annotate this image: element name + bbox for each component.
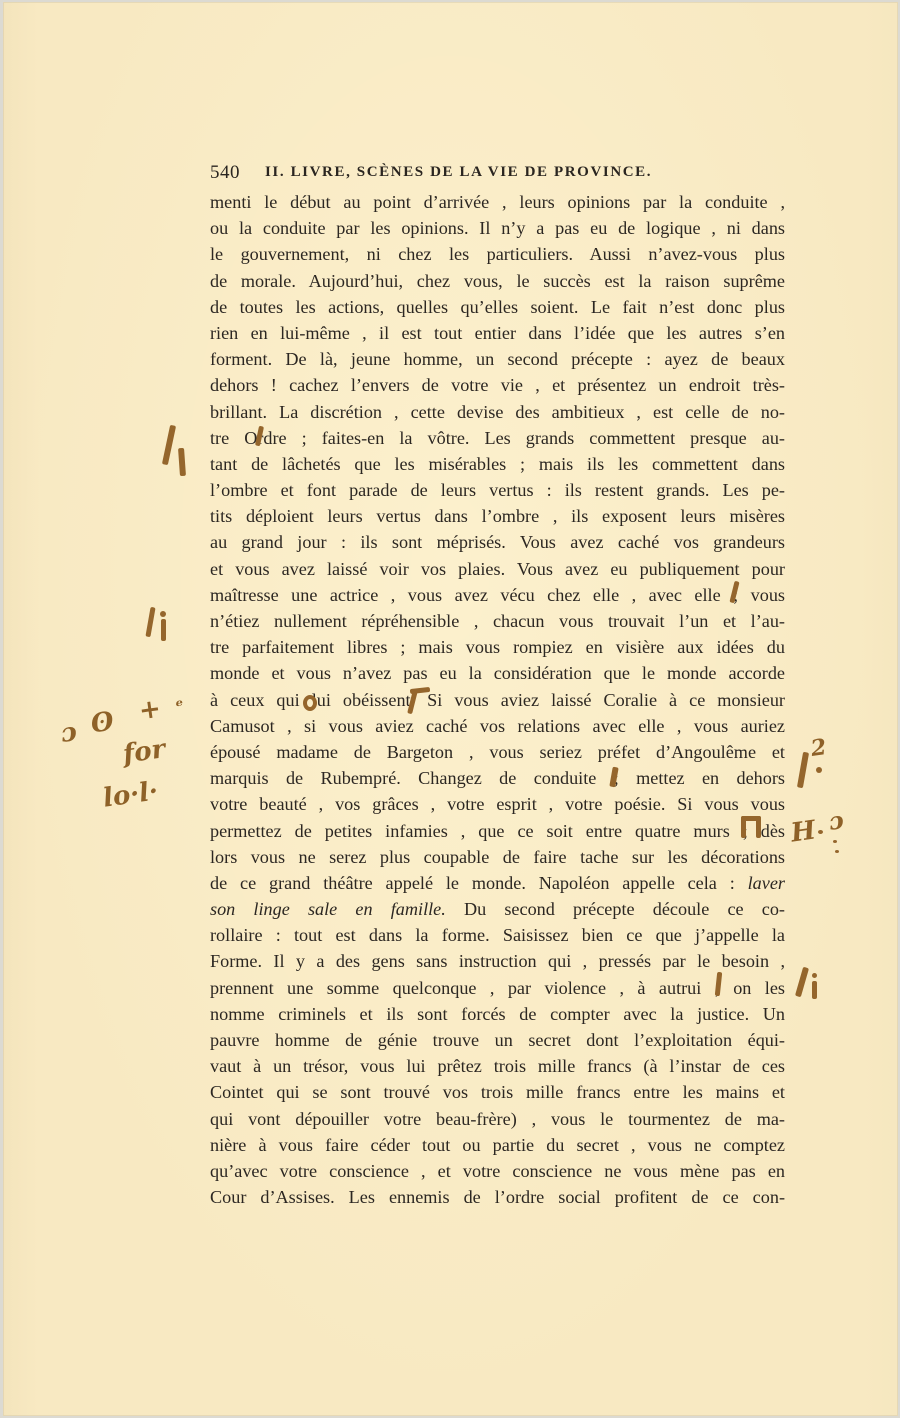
italic-segment: laver [748, 873, 785, 893]
proof-mark-circle [303, 695, 317, 711]
margin-dot [816, 767, 822, 773]
margin-note-delete-mark: ɔ [827, 805, 846, 836]
text-line: tits déploient leurs vertus dans l’ombre… [210, 503, 785, 529]
text-line: lors vous ne serez plus coupable de fair… [210, 844, 785, 870]
text-line: tant de lâchetés que les misérables ; ma… [210, 451, 785, 477]
margin-i-dot [160, 611, 166, 617]
text-line: maîtresse une actrice , vous avez vécu c… [210, 582, 785, 608]
text-line: et vous avez laissé voir vos plaies. Vou… [210, 556, 785, 582]
text-line: vaut à un trésor, vous lui prêtez trois … [210, 1053, 785, 1079]
text-line: de toutes les actions, quelles qu’elles … [210, 294, 785, 320]
text-line: Camusot , si vous aviez caché vos relati… [210, 713, 785, 739]
book-page: 540 II. LIVRE, SCÈNES DE LA VIE DE PROVI… [3, 2, 898, 1416]
text-line: permettez de petites infamies , que ce s… [210, 818, 785, 844]
margin-dot [833, 840, 837, 843]
text-line: forment. De là, jeune homme, un second p… [210, 346, 785, 372]
text-line: nomme criminels et ils sont forcés de co… [210, 1001, 785, 1027]
text-line: monde et vous n’avez pas eu la considéra… [210, 660, 785, 686]
text-segment: de ce grand théâtre appelé le monde. Nap… [210, 873, 735, 893]
text-line: marquis de Rubempré. Changez de conduite… [210, 765, 785, 791]
italic-segment: son linge sale en famille. [210, 899, 446, 919]
margin-slash-mark [797, 752, 809, 788]
margin-note-delete-mark: ɔ [59, 717, 79, 749]
margin-note-h: H [789, 815, 818, 848]
proof-mark-bracket [756, 816, 761, 838]
margin-slash-mark [795, 967, 809, 997]
margin-slash-mark [145, 607, 155, 637]
margin-i-dot [812, 973, 817, 978]
margin-note-word: lo·l· [101, 776, 160, 813]
text-segment: Du second précepte découle ce co- [446, 899, 785, 919]
text-line: n’étiez nullement répréhensible , chacun… [210, 608, 785, 634]
text-line: ou la conduite par les opinions. Il n’y … [210, 215, 785, 241]
text-line: à ceux qui lui obéissent. Si vous aviez … [210, 687, 785, 713]
text-line: pauvre homme de génie trouve un secret d… [210, 1027, 785, 1053]
text-line-with-italic: son linge sale en famille. Du second pré… [210, 896, 785, 922]
text-line: Forme. Il y a des gens sans instruction … [210, 948, 785, 974]
margin-i-stem [161, 619, 166, 641]
running-head: 540 II. LIVRE, SCÈNES DE LA VIE DE PROVI… [210, 162, 785, 184]
margin-note-number: 2 [809, 734, 828, 762]
text-line: de morale. Aujourd’hui, chez vous, le su… [210, 268, 785, 294]
text-line: tre parfaitement libres ; mais vous romp… [210, 634, 785, 660]
page-number: 540 [210, 162, 240, 184]
margin-note-superscript: ₑ [174, 690, 185, 712]
text-line: le gouvernement, ni chez les particulier… [210, 241, 785, 267]
margin-dot [818, 830, 823, 834]
text-line: rollaire : tout est dans la forme. Saisi… [210, 922, 785, 948]
text-line: qu’avec votre conscience , et votre cons… [210, 1158, 785, 1184]
margin-i-stem [812, 981, 817, 999]
text-line-with-italic: de ce grand théâtre appelé le monde. Nap… [210, 870, 785, 896]
text-line: Cointet qui se sont trouvé vos trois mil… [210, 1079, 785, 1105]
margin-slash-mark [162, 425, 176, 465]
margin-note-plus: + [137, 694, 163, 727]
text-line: rien en lui-même , il est tout entier da… [210, 320, 785, 346]
margin-note-delete-mark: ʘ [89, 707, 116, 740]
text-line: qui vont dépouiller votre beau-frère) , … [210, 1106, 785, 1132]
text-line: brillant. La discrétion , cette devise d… [210, 399, 785, 425]
margin-slash-mark [178, 448, 186, 476]
body-text: menti le début au point d’arrivée , leur… [210, 189, 785, 1210]
text-line: votre beauté , vos grâces , votre esprit… [210, 791, 785, 817]
margin-dot [835, 850, 839, 853]
text-line: nière à vous faire céder tout ou partie … [210, 1132, 785, 1158]
text-line: menti le début au point d’arrivée , leur… [210, 189, 785, 215]
text-line: épousé madame de Bargeton , vous seriez … [210, 739, 785, 765]
text-line: Cour d’Assises. Les ennemis de l’ordre s… [210, 1184, 785, 1210]
margin-note-word: for [121, 734, 167, 770]
text-line: au grand jour : ils sont méprisés. Vous … [210, 529, 785, 555]
proof-mark-bracket [741, 816, 746, 838]
text-line: dehors ! cachez l’envers de votre vie , … [210, 372, 785, 398]
text-line: l’ombre et font parade de leurs vertus :… [210, 477, 785, 503]
running-title: II. LIVRE, SCÈNES DE LA VIE DE PROVINCE. [265, 164, 652, 181]
text-line: prennent une somme quelconque , par viol… [210, 975, 785, 1001]
text-line: tre Ordre ; faites-en la vôtre. Les gran… [210, 425, 785, 451]
